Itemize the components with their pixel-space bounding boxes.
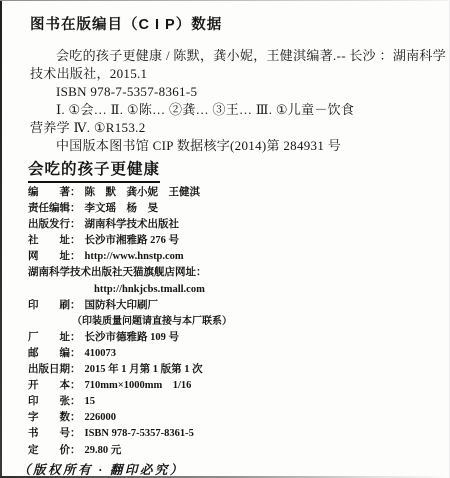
detail-colon: ： <box>70 300 81 311</box>
detail-label: 书号 <box>28 426 70 442</box>
detail-label: 字数 <box>28 410 70 426</box>
detail-colon: ： <box>70 428 81 439</box>
detail-row-website: 网址：http://www.hnstp.com <box>28 249 450 265</box>
cip-line: 技术出版社，2015.1 <box>30 65 450 83</box>
detail-colon: ： <box>70 251 81 262</box>
detail-value: 15 <box>85 396 96 407</box>
cip-line-record-number: 中国版本图书馆 CIP 数据核字(2014)第 284931 号 <box>30 137 450 155</box>
cip-header: 图书在版编目（C I P）数据 <box>30 13 450 34</box>
detail-label: 定价 <box>28 443 70 459</box>
cip-page: 图书在版编目（C I P）数据 会吃的孩子更健康 / 陈默，龚小妮，王健淇编著.… <box>0 13 450 478</box>
detail-label: 印刷 <box>28 298 70 314</box>
detail-colon: ： <box>70 445 81 456</box>
publication-details: 编著：陈 默 龚小妮 王健淇 责任编辑：李文瑶 杨 旻 出版发行：湖南科学技术出… <box>28 185 450 459</box>
detail-value: 2015 年 1 月第 1 版第 1 次 <box>85 364 203 375</box>
detail-row-tmall-store-caption: 湖南科学技术出版社天猫旗舰店网址： <box>28 265 450 281</box>
detail-label: 出版发行 <box>28 217 70 233</box>
detail-row-publisher: 出版发行：湖南科学技术出版社 <box>28 217 450 233</box>
detail-colon: ： <box>70 187 81 198</box>
detail-row-responsible-editors: 责任编辑：李文瑶 杨 旻 <box>28 201 450 217</box>
detail-colon: ： <box>70 332 81 343</box>
detail-value: 长沙市德雅路 109 号 <box>85 332 180 343</box>
scan-edge-top <box>0 0 450 1</box>
detail-label: 责任编辑 <box>28 201 70 217</box>
detail-colon: ： <box>70 203 81 214</box>
detail-label: 网址 <box>28 249 70 265</box>
cip-line-isbn: ISBN 978-7-5357-8361-5 <box>30 83 450 101</box>
detail-value: 陈 默 龚小妮 王健淇 <box>85 187 201 198</box>
detail-colon: ： <box>70 348 81 359</box>
detail-label: 邮编 <box>28 346 70 362</box>
detail-colon: ： <box>70 364 81 375</box>
detail-label: 编著 <box>28 185 70 201</box>
detail-value: 29.80 元 <box>85 445 122 456</box>
detail-row-tmall-url: http://hnkjcbs.tmall.com <box>28 282 450 298</box>
detail-value-url: http://www.hnstp.com <box>85 251 184 262</box>
detail-value: ISBN 978-7-5357-8361-5 <box>85 428 194 439</box>
cip-line-classification: Ⅰ. ①会… Ⅱ. ①陈… ②龚… ③王… Ⅲ. ①儿童－饮食 <box>30 101 450 119</box>
detail-colon: ： <box>70 380 81 391</box>
detail-value: 长沙市湘雅路 276 号 <box>85 235 180 246</box>
detail-label: 印张 <box>28 394 70 410</box>
detail-value: 李文瑶 杨 旻 <box>85 203 159 214</box>
detail-label: 社址 <box>28 233 70 249</box>
detail-label: 厂址 <box>28 330 70 346</box>
cip-line-classification: 营养学 Ⅳ. ①R153.2 <box>30 119 450 137</box>
detail-row-publisher-address: 社址：长沙市湘雅路 276 号 <box>28 233 450 249</box>
detail-row-isbn: 书号：ISBN 978-7-5357-8361-5 <box>28 426 450 442</box>
detail-colon: ： <box>70 235 81 246</box>
scan-edge-left <box>0 0 2 478</box>
detail-colon: ： <box>70 219 81 230</box>
cip-block: 会吃的孩子更健康 / 陈默，龚小妮，王健淇编著.-- 长沙 ：湖南科学 技术出版… <box>30 47 450 155</box>
detail-label: 出版日期 <box>28 362 70 378</box>
detail-colon: ： <box>70 412 81 423</box>
detail-row-price: 定价：29.80 元 <box>28 443 450 459</box>
detail-value: 226000 <box>85 412 117 423</box>
detail-row-editors: 编著：陈 默 龚小妮 王健淇 <box>28 185 450 201</box>
detail-value: 410073 <box>85 348 117 359</box>
detail-row-publication-date: 出版日期：2015 年 1 月第 1 版第 1 次 <box>28 362 450 378</box>
detail-value: 国防科大印刷厂 <box>85 300 159 311</box>
book-title-wrap: 会吃的孩子更健康 <box>28 160 450 183</box>
detail-label: 开本 <box>28 378 70 394</box>
detail-row-factory-address: 厂址：长沙市德雅路 109 号 <box>28 330 450 346</box>
detail-row-sheets: 印张：15 <box>28 394 450 410</box>
copyright-notice: （版权所有 · 翻印必究） <box>18 460 450 478</box>
detail-row-print-quality-note: （印装质量问题请直接与本厂联系） <box>28 314 450 330</box>
detail-value: 710mm×1000mm 1/16 <box>85 380 192 391</box>
detail-row-format: 开本：710mm×1000mm 1/16 <box>28 378 450 394</box>
detail-row-word-count: 字数：226000 <box>28 410 450 426</box>
detail-value: 湖南科学技术出版社 <box>85 219 180 230</box>
detail-colon: ： <box>70 396 81 407</box>
detail-row-printer: 印刷：国防科大印刷厂 <box>28 298 450 314</box>
cip-line: 会吃的孩子更健康 / 陈默，龚小妮，王健淇编著.-- 长沙 ：湖南科学 <box>30 47 450 65</box>
detail-row-postcode: 邮编：410073 <box>28 346 450 362</box>
book-title: 会吃的孩子更健康 <box>28 160 160 183</box>
